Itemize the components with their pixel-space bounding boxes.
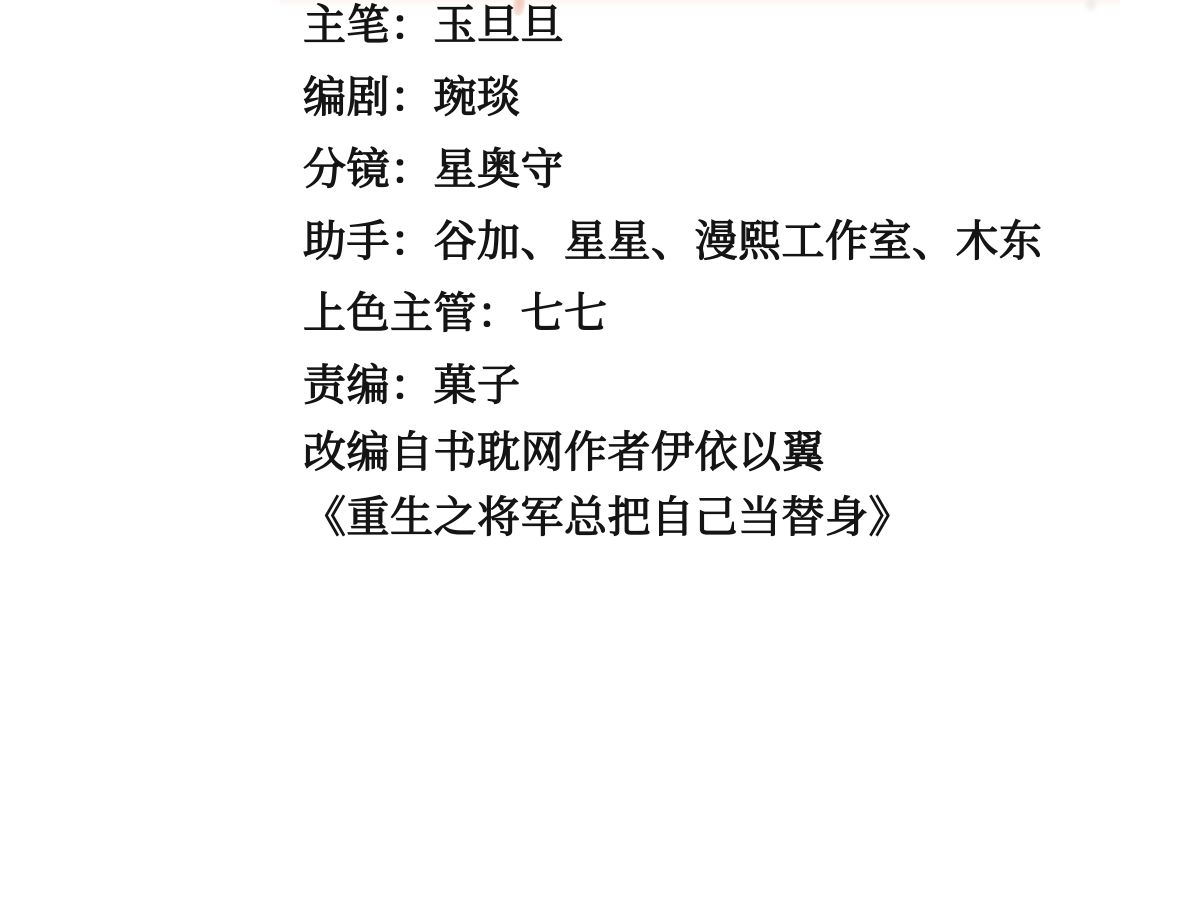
smudge-artifact	[1086, 0, 1096, 10]
credits-page: 主笔：玉旦旦 编剧：琬琰 分镜：星奥守 助手：谷加、星星、漫熙工作室、木东 上色…	[0, 0, 1200, 900]
credit-line-screenwriter: 编剧：琬琰	[303, 62, 1043, 134]
credits-block: 主笔：玉旦旦 编剧：琬琰 分镜：星奥守 助手：谷加、星星、漫熙工作室、木东 上色…	[303, 0, 1043, 554]
credit-line-storyboard: 分镜：星奥守	[303, 134, 1043, 206]
credit-line-coloring-lead: 上色主管：七七	[303, 278, 1043, 350]
credit-line-editor: 责编：菓子	[303, 350, 1043, 422]
credit-line-assistants: 助手：谷加、星星、漫熙工作室、木东	[303, 206, 1043, 278]
credit-line-adaptation-source: 改编自书耽网作者伊依以翼	[303, 417, 1043, 489]
credit-line-novel-title: 《重生之将军总把自己当替身》	[303, 482, 1043, 554]
credit-line-lead-artist: 主笔：玉旦旦	[303, 0, 1043, 62]
